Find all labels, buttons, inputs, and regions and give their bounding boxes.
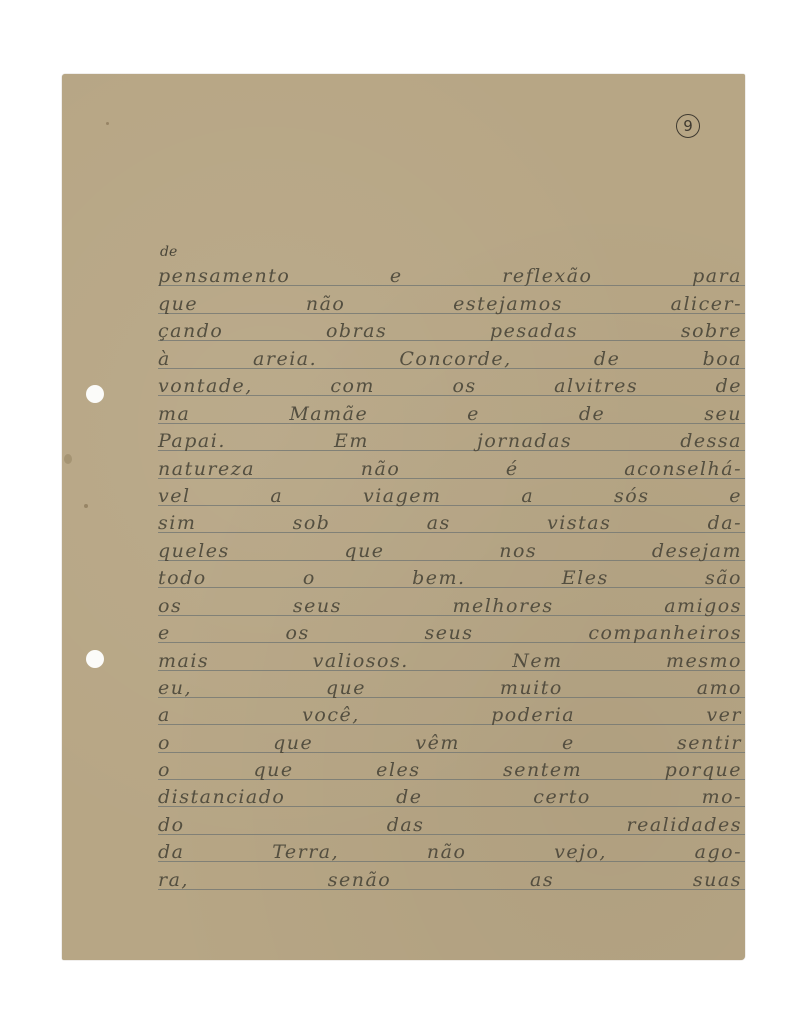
handwritten-line: à areia. Concorde, de boa — [158, 347, 742, 371]
handwritten-line: a você, poderia ver — [158, 703, 742, 727]
handwritten-line: todo o bem. Eles são — [158, 566, 742, 590]
handwritten-line: ma Mamãe e de seu — [158, 402, 742, 426]
handwritten-line: da Terra, não vejo, ago- — [158, 840, 742, 864]
handwritten-line: distanciado de certo mo- — [158, 785, 742, 809]
handwritten-line: eu, que muito amo — [158, 676, 742, 700]
paper-stain — [84, 504, 88, 508]
handwritten-line: Papai. Em jornadas dessa — [158, 429, 742, 453]
handwritten-line: çando obras pesadas sobre — [158, 319, 742, 343]
handwritten-line: sim sob as vistas da- — [158, 511, 742, 535]
handwritten-line: natureza não é aconselhá- — [158, 457, 742, 481]
handwritten-line: os seus melhores amigos — [158, 594, 742, 618]
paper-stain — [106, 122, 109, 125]
handwritten-line: vontade, com os alvitres de — [158, 374, 742, 398]
handwritten-line: vel a viagem a sós e — [158, 484, 742, 508]
handwritten-line: e os seus companheiros — [158, 621, 742, 645]
letter-page: 9 de pensamento e reflexão para que não … — [62, 74, 745, 960]
handwritten-line: mais valiosos. Nem mesmo — [158, 649, 742, 673]
punch-hole-top — [86, 385, 104, 403]
handwritten-line: o que eles sentem porque — [158, 758, 742, 782]
handwritten-insertion: de — [160, 244, 177, 260]
handwritten-line: pensamento e reflexão para — [158, 264, 742, 288]
handwritten-line: o que vêm e sentir — [158, 731, 742, 755]
punch-hole-bottom — [86, 650, 104, 668]
page-number: 9 — [676, 114, 700, 138]
handwritten-line: ra, senão as suas — [158, 868, 742, 892]
handwritten-line: queles que nos desejam — [158, 539, 742, 563]
handwritten-line: do das realidades — [158, 813, 742, 837]
paper-stain — [64, 454, 72, 464]
handwritten-line: que não estejamos alicer- — [158, 292, 742, 316]
